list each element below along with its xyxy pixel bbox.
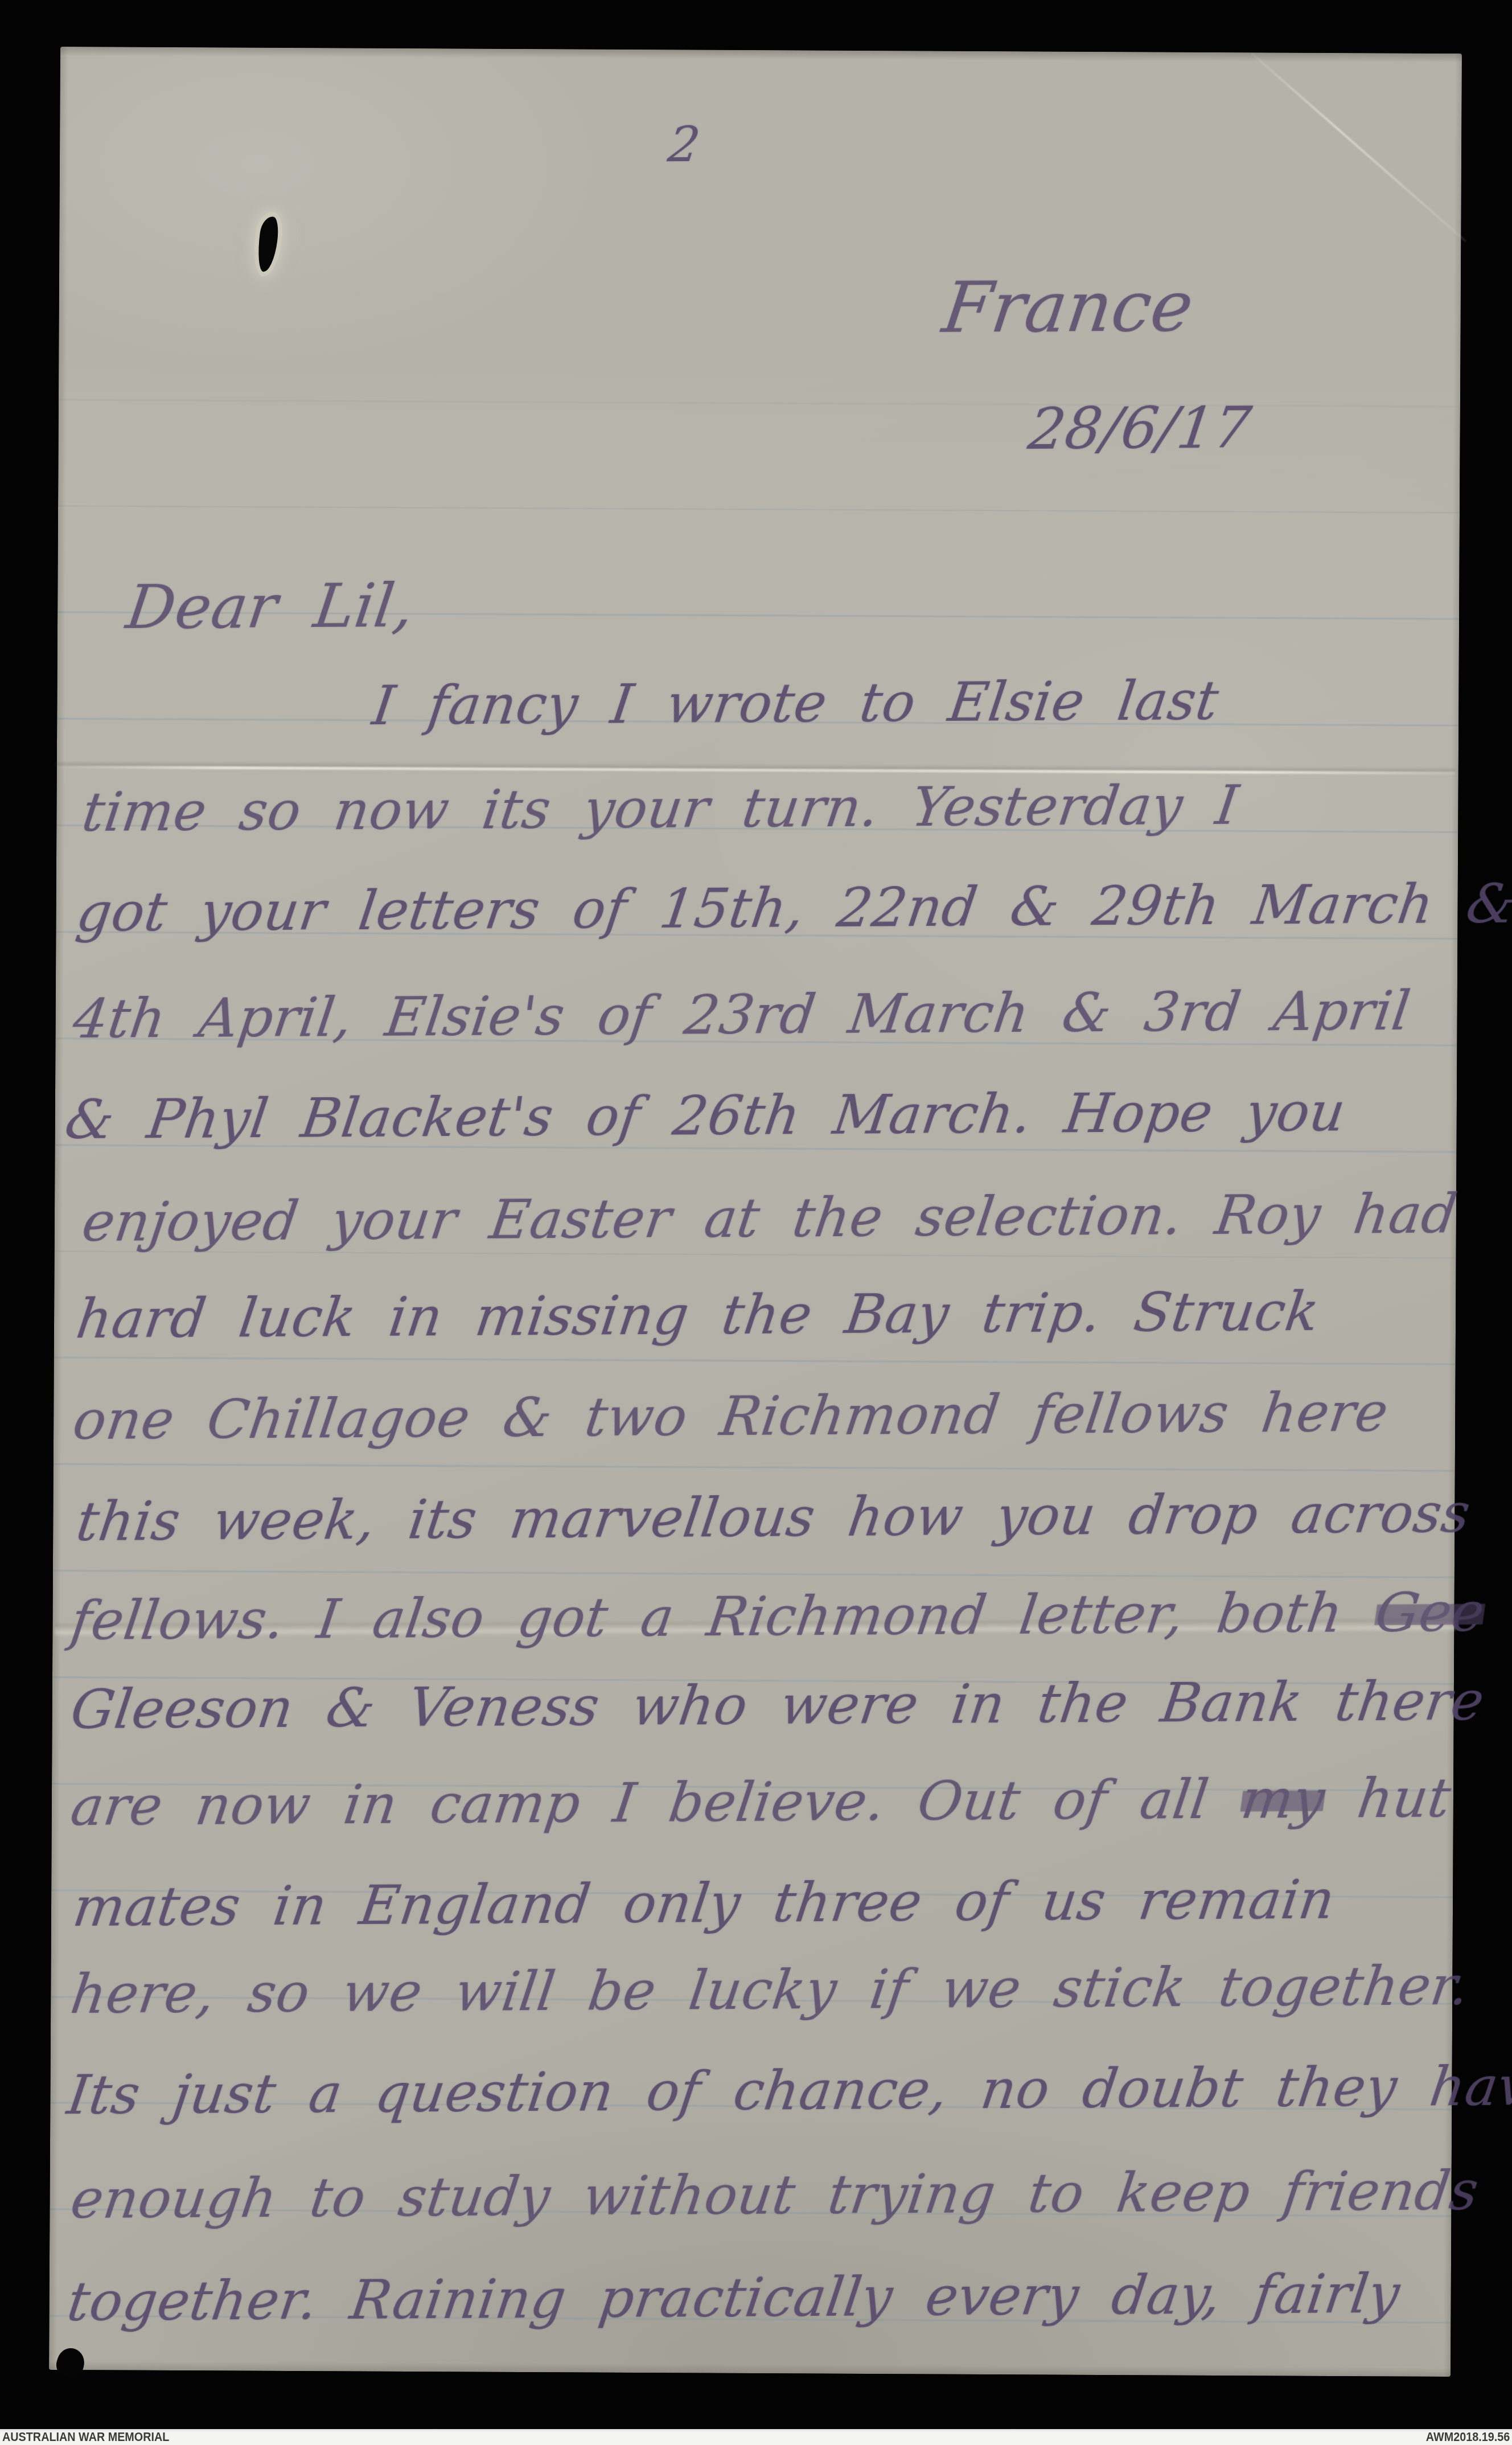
letter-line: time so now its your turn. Yesterday I [79, 774, 1242, 844]
scan-background: 2 France 28/6/17 Dear Lil, I fancy I wro… [0, 0, 1512, 2445]
letter-date: 28/6/17 [1025, 395, 1255, 462]
letter-line: Gleeson & Veness who were in the Bank th… [67, 1670, 1488, 1741]
letter-line: hard luck in missing the Bay trip. Struc… [73, 1281, 1323, 1351]
letter-line: I fancy I wrote to Elsie last [369, 670, 1222, 737]
letter-lines-layer: 2 France 28/6/17 Dear Lil, I fancy I wro… [0, 0, 1512, 2445]
footer-bar: AUSTRALIAN WAR MEMORIAL AWM2018.19.56 [0, 2429, 1512, 2445]
letter-line: got your letters of 15th, 22nd & 29th Ma… [73, 872, 1512, 944]
letter-place: France [938, 266, 1198, 348]
page-number: 2 [665, 117, 704, 173]
letter-line: enjoyed your Easter at the selection. Ro… [79, 1183, 1461, 1254]
letter-line: are now in camp I believe. Out of all my… [67, 1767, 1455, 1838]
letter-line: one Chillagoe & two Richmond fellows her… [69, 1381, 1392, 1452]
letter-line: Its just a question of chance, no doubt … [64, 2055, 1512, 2127]
footer-accession-number: AWM2018.19.56 [1426, 2429, 1510, 2445]
letter-salutation: Dear Lil, [122, 571, 418, 642]
letter-line: & Phyl Blacket's of 26th March. Hope you [61, 1081, 1349, 1151]
letter-line: here, so we will be lucky if we stick to… [67, 1955, 1473, 2026]
letter-line: fellows. I also got a Richmond letter, b… [67, 1581, 1488, 1652]
letter-line: mates in England only three of us remain [69, 1868, 1338, 1939]
footer-institution-label: AUSTRALIAN WAR MEMORIAL [2, 2429, 169, 2445]
letter-line: 4th April, Elsie's of 23rd March & 3rd A… [69, 980, 1414, 1051]
letter-line: together. Raining practically every day,… [64, 2263, 1404, 2333]
letter-line: this week, its marvellous how you drop a… [73, 1482, 1474, 1553]
letter-line: enough to study without trying to keep f… [67, 2160, 1482, 2231]
